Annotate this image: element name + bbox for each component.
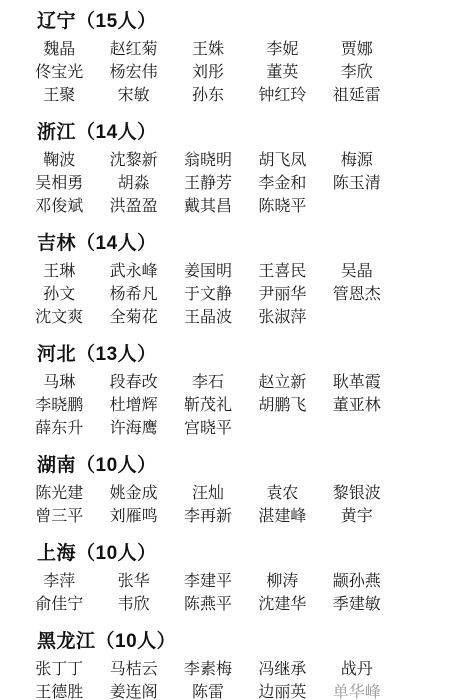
table-row: 马琳段春改李石赵立新耿革霞 <box>22 371 394 394</box>
person-name: 湛建峰 <box>245 505 319 528</box>
table-row: 王琳武永峰姜国明王喜民吴晶 <box>22 260 394 283</box>
person-name: 沈文爽 <box>22 306 96 329</box>
person-name: 姚金成 <box>96 482 170 505</box>
person-name: 贾娜 <box>320 38 394 61</box>
person-name: 陈晓平 <box>245 195 319 218</box>
person-name: 吴相勇 <box>22 172 96 195</box>
person-name: 祖延雷 <box>320 84 394 107</box>
person-name: 董亚林 <box>320 394 394 417</box>
person-name: 姜连阁 <box>96 681 170 700</box>
person-name: 陈玉清 <box>320 172 394 195</box>
province-name: 辽宁 <box>37 11 76 32</box>
person-name: 李欣 <box>320 61 394 84</box>
table-row: 王聚宋敏孙东钟红玲祖延雷 <box>22 84 394 107</box>
person-name: 李建平 <box>171 570 245 593</box>
province-section: 河北（13人）马琳段春改李石赵立新耿革霞李晓鹏杜增辉靳茂礼胡鹏飞董亚林薛东升许海… <box>0 343 468 440</box>
person-name: 赵立新 <box>245 371 319 394</box>
person-name: 沈黎新 <box>96 149 170 172</box>
person-name: 姜国明 <box>171 260 245 283</box>
province-section: 上海（10人）李萍张华李建平柳涛颛孙燕俞佳宁韦欣陈燕平沈建华季建敏 <box>0 542 468 616</box>
names-table: 陈光建姚金成汪灿袁农黎银波曾三平刘雁鸣李再新湛建峰黄宇 <box>22 482 394 528</box>
person-name: 洪盈盈 <box>96 195 170 218</box>
province-section: 湖南（10人）陈光建姚金成汪灿袁农黎银波曾三平刘雁鸣李再新湛建峰黄宇 <box>0 454 468 528</box>
person-name: 翁晓明 <box>171 149 245 172</box>
person-name: 陈雷 <box>171 681 245 700</box>
person-name: 尹丽华 <box>245 283 319 306</box>
table-row: 李萍张华李建平柳涛颛孙燕 <box>22 570 394 593</box>
person-name: 李再新 <box>171 505 245 528</box>
empty-cell <box>320 306 394 329</box>
table-row: 王德胜姜连阁陈雷边丽英单华峰 <box>22 681 394 700</box>
person-name: 钟红玲 <box>245 84 319 107</box>
province-header: 浙江（14人） <box>37 121 468 145</box>
province-section: 吉林（14人）王琳武永峰姜国明王喜民吴晶孙文杨希凡于文静尹丽华管恩杰沈文爽全菊花… <box>0 232 468 329</box>
person-name: 王晶波 <box>171 306 245 329</box>
person-name: 王德胜 <box>22 681 96 700</box>
table-row: 孙文杨希凡于文静尹丽华管恩杰 <box>22 283 394 306</box>
province-count: （15人） <box>76 11 157 32</box>
person-name: 鞠波 <box>22 149 96 172</box>
person-name: 柳涛 <box>245 570 319 593</box>
person-name: 黎银波 <box>320 482 394 505</box>
person-name: 胡鹏飞 <box>245 394 319 417</box>
names-table: 李萍张华李建平柳涛颛孙燕俞佳宁韦欣陈燕平沈建华季建敏 <box>22 570 394 616</box>
province-count: （10人） <box>76 543 157 564</box>
person-name: 武永峰 <box>96 260 170 283</box>
person-name: 孙文 <box>22 283 96 306</box>
person-name: 于文静 <box>171 283 245 306</box>
person-name: 李萍 <box>22 570 96 593</box>
province-header: 河北（13人） <box>37 343 468 367</box>
person-name: 段春改 <box>96 371 170 394</box>
person-name: 李晓鹏 <box>22 394 96 417</box>
person-name: 靳茂礼 <box>171 394 245 417</box>
person-name: 全菊花 <box>96 306 170 329</box>
person-name: 张淑萍 <box>245 306 319 329</box>
person-name: 耿革霞 <box>320 371 394 394</box>
names-table: 魏晶赵红菊王姝李妮贾娜佟宝光杨宏伟刘彤董英李欣王聚宋敏孙东钟红玲祖延雷 <box>22 38 394 107</box>
names-table: 马琳段春改李石赵立新耿革霞李晓鹏杜增辉靳茂礼胡鹏飞董亚林薛东升许海鹰宫晓平 <box>22 371 394 440</box>
province-name: 河北 <box>37 344 76 365</box>
person-name: 佟宝光 <box>22 61 96 84</box>
empty-cell <box>320 195 394 218</box>
province-header: 上海（10人） <box>37 542 468 566</box>
person-name: 颛孙燕 <box>320 570 394 593</box>
person-name: 王聚 <box>22 84 96 107</box>
person-name: 季建敏 <box>320 593 394 616</box>
table-row: 薛东升许海鹰宫晓平 <box>22 417 394 440</box>
province-count: （14人） <box>76 122 157 143</box>
province-section: 黑龙江（10人）张丁丁马桔云李素梅冯继承战丹王德胜姜连阁陈雷边丽英单华峰 <box>0 630 468 700</box>
province-header: 湖南（10人） <box>37 454 468 478</box>
province-header: 吉林（14人） <box>37 232 468 256</box>
table-row: 邓俊斌洪盈盈戴其昌陈晓平 <box>22 195 394 218</box>
person-name: 单华峰 <box>320 681 394 700</box>
person-name: 边丽英 <box>245 681 319 700</box>
province-section: 辽宁（15人）魏晶赵红菊王姝李妮贾娜佟宝光杨宏伟刘彤董英李欣王聚宋敏孙东钟红玲祖… <box>0 10 468 107</box>
province-header: 黑龙江（10人） <box>37 630 468 654</box>
province-name: 上海 <box>37 543 76 564</box>
person-name: 曾三平 <box>22 505 96 528</box>
person-name: 杨宏伟 <box>96 61 170 84</box>
person-name: 胡淼 <box>96 172 170 195</box>
person-name: 董英 <box>245 61 319 84</box>
province-count: （10人） <box>76 455 157 476</box>
person-name: 陈光建 <box>22 482 96 505</box>
table-row: 鞠波沈黎新翁晓明胡飞凤梅源 <box>22 149 394 172</box>
names-table: 王琳武永峰姜国明王喜民吴晶孙文杨希凡于文静尹丽华管恩杰沈文爽全菊花王晶波张淑萍 <box>22 260 394 329</box>
person-name: 刘雁鸣 <box>96 505 170 528</box>
province-name: 吉林 <box>37 233 76 254</box>
person-name: 薛东升 <box>22 417 96 440</box>
person-name: 王姝 <box>171 38 245 61</box>
person-name: 梅源 <box>320 149 394 172</box>
person-name: 王静芳 <box>171 172 245 195</box>
person-name: 吴晶 <box>320 260 394 283</box>
name-roster: 辽宁（15人）魏晶赵红菊王姝李妮贾娜佟宝光杨宏伟刘彤董英李欣王聚宋敏孙东钟红玲祖… <box>0 0 468 700</box>
table-row: 吴相勇胡淼王静芳李金和陈玉清 <box>22 172 394 195</box>
person-name: 李石 <box>171 371 245 394</box>
person-name: 李妮 <box>245 38 319 61</box>
person-name: 马琳 <box>22 371 96 394</box>
person-name: 许海鹰 <box>96 417 170 440</box>
person-name: 冯继承 <box>245 658 319 681</box>
person-name: 袁农 <box>245 482 319 505</box>
empty-cell <box>245 417 319 440</box>
person-name: 赵红菊 <box>96 38 170 61</box>
person-name: 宋敏 <box>96 84 170 107</box>
person-name: 宫晓平 <box>171 417 245 440</box>
person-name: 马桔云 <box>96 658 170 681</box>
person-name: 汪灿 <box>171 482 245 505</box>
person-name: 孙东 <box>171 84 245 107</box>
person-name: 李素梅 <box>171 658 245 681</box>
table-row: 沈文爽全菊花王晶波张淑萍 <box>22 306 394 329</box>
names-table: 鞠波沈黎新翁晓明胡飞凤梅源吴相勇胡淼王静芳李金和陈玉清邓俊斌洪盈盈戴其昌陈晓平 <box>22 149 394 218</box>
person-name: 王喜民 <box>245 260 319 283</box>
province-header: 辽宁（15人） <box>37 10 468 34</box>
province-name: 浙江 <box>37 122 76 143</box>
person-name: 沈建华 <box>245 593 319 616</box>
table-row: 俞佳宁韦欣陈燕平沈建华季建敏 <box>22 593 394 616</box>
person-name: 王琳 <box>22 260 96 283</box>
person-name: 杨希凡 <box>96 283 170 306</box>
table-row: 曾三平刘雁鸣李再新湛建峰黄宇 <box>22 505 394 528</box>
person-name: 戴其昌 <box>171 195 245 218</box>
table-row: 陈光建姚金成汪灿袁农黎银波 <box>22 482 394 505</box>
person-name: 韦欣 <box>96 593 170 616</box>
person-name: 管恩杰 <box>320 283 394 306</box>
person-name: 刘彤 <box>171 61 245 84</box>
person-name: 张华 <box>96 570 170 593</box>
names-table: 张丁丁马桔云李素梅冯继承战丹王德胜姜连阁陈雷边丽英单华峰 <box>22 658 394 700</box>
province-section: 浙江（14人）鞠波沈黎新翁晓明胡飞凤梅源吴相勇胡淼王静芳李金和陈玉清邓俊斌洪盈盈… <box>0 121 468 218</box>
province-name: 黑龙江 <box>37 631 96 652</box>
person-name: 李金和 <box>245 172 319 195</box>
person-name: 战丹 <box>320 658 394 681</box>
person-name: 张丁丁 <box>22 658 96 681</box>
table-row: 佟宝光杨宏伟刘彤董英李欣 <box>22 61 394 84</box>
table-row: 李晓鹏杜增辉靳茂礼胡鹏飞董亚林 <box>22 394 394 417</box>
person-name: 俞佳宁 <box>22 593 96 616</box>
person-name: 杜增辉 <box>96 394 170 417</box>
table-row: 魏晶赵红菊王姝李妮贾娜 <box>22 38 394 61</box>
person-name: 黄宇 <box>320 505 394 528</box>
table-row: 张丁丁马桔云李素梅冯继承战丹 <box>22 658 394 681</box>
person-name: 邓俊斌 <box>22 195 96 218</box>
person-name: 胡飞凤 <box>245 149 319 172</box>
province-count: （14人） <box>76 233 157 254</box>
person-name: 陈燕平 <box>171 593 245 616</box>
province-count: （10人） <box>96 631 177 652</box>
province-name: 湖南 <box>37 455 76 476</box>
person-name: 魏晶 <box>22 38 96 61</box>
empty-cell <box>320 417 394 440</box>
province-count: （13人） <box>76 344 157 365</box>
